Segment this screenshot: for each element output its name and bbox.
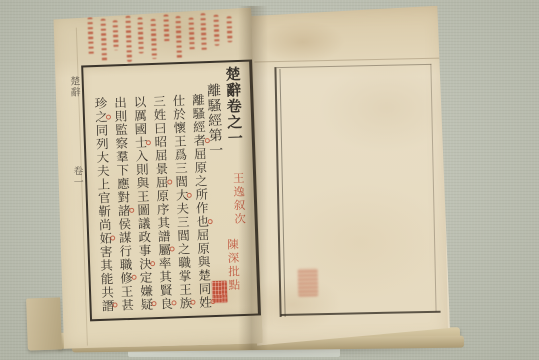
reading-mark-circle xyxy=(187,193,192,198)
paper-crease xyxy=(254,58,440,63)
red-inscription-chen-shen: 陳深批點 xyxy=(226,238,239,292)
seal-bleedthrough xyxy=(298,268,319,296)
reading-mark-circle xyxy=(204,138,209,143)
red-marginalia-column xyxy=(100,19,107,63)
reading-mark-circle xyxy=(210,299,215,304)
bleedthrough-frame-right xyxy=(430,64,436,312)
reading-mark-circle xyxy=(131,275,136,280)
spine-label-title: 楚辭 xyxy=(66,76,82,99)
bleedthrough-frame-top xyxy=(276,64,431,68)
reading-mark-circle xyxy=(129,208,134,213)
red-marginalia-column xyxy=(125,16,132,62)
left-page-printed: 楚辭 卷一 楚辭卷之一 離騷經第一 離騷經者屈原之所作也屈原與楚同姓 仕於懷王爲… xyxy=(51,8,263,351)
book-cover-corner xyxy=(26,297,62,350)
red-marginalia-column xyxy=(201,13,207,52)
photo-of-ancient-chinese-book: 楚辭 卷一 楚辭卷之一 離騷經第一 離騷經者屈原之所作也屈原與楚同姓 仕於懷王爲… xyxy=(0,0,539,360)
section-title: 離騷經第一 xyxy=(206,83,223,158)
right-page-blank xyxy=(247,6,450,346)
red-marginalia-column xyxy=(163,14,169,42)
red-marginalia-column xyxy=(188,18,194,52)
page-edge-highlight xyxy=(441,6,450,342)
red-marginalia-column xyxy=(226,16,232,42)
red-inscription-wang-yi: 王逸叙次 xyxy=(232,172,245,226)
red-marginalia-column xyxy=(213,15,219,46)
red-marginalia-column xyxy=(87,17,93,55)
red-marginalia-column xyxy=(113,20,119,50)
reading-mark-circle xyxy=(207,219,212,224)
red-marginalia-column xyxy=(151,19,157,59)
red-marginalia-column xyxy=(138,17,144,53)
bleedthrough-frame-bottom xyxy=(281,311,441,316)
reading-mark-circle xyxy=(150,261,155,266)
spine-label-volume: 卷一 xyxy=(69,165,85,188)
volume-title: 楚辭卷之一 xyxy=(224,66,242,146)
reading-mark-circle xyxy=(171,300,176,305)
red-marginalia-column xyxy=(176,16,182,59)
